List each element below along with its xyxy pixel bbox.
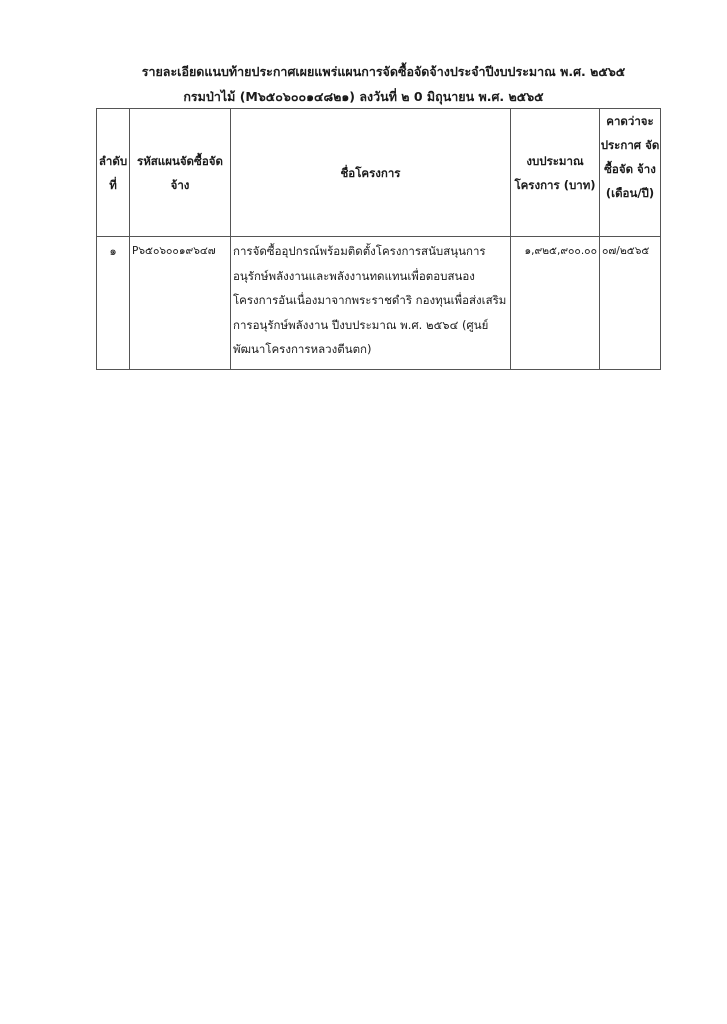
procurement-table: ลำดับ ที่ รหัสแผนจัดซื้อจัด จ้าง ชื่อโคร… — [96, 108, 661, 370]
row-budget: ๑,๙๒๕,๙๐๐.๐๐ — [511, 237, 600, 370]
row-no: ๑ — [97, 237, 130, 370]
table-header-row: ลำดับ ที่ รหัสแผนจัดซื้อจัด จ้าง ชื่อโคร… — [97, 109, 661, 237]
header-no: ลำดับ ที่ — [97, 109, 130, 237]
table-row: ๑ P๖๕๐๖๐๐๑๙๖๔๗ การจัดซื้ออุปกรณ์พร้อมติด… — [97, 237, 661, 370]
header-project-name: ชื่อโครงการ — [231, 109, 511, 237]
row-plan-code: P๖๕๐๖๐๐๑๙๖๔๗ — [130, 237, 231, 370]
row-project-name: การจัดซื้ออุปกรณ์พร้อมติดตั้งโครงการสนับ… — [231, 237, 511, 370]
header-expected-date: คาดว่าจะ ประกาศ จัดซื้อจัด จ้าง (เดือน/ป… — [600, 109, 661, 237]
document-title: รายละเอียดแนบท้ายประกาศเผยแพร่แผนการจัดซ… — [20, 62, 727, 82]
header-budget: งบประมาณ โครงการ (บาท) — [511, 109, 600, 237]
document-subtitle: กรมป่าไม้ (M๖๕๐๖๐๐๑๔๘๒๑) ลงวันที่ ๒ 0 มิ… — [0, 87, 727, 107]
row-expected-date: ๐๗/๒๕๖๕ — [600, 237, 661, 370]
header-plan-code: รหัสแผนจัดซื้อจัด จ้าง — [130, 109, 231, 237]
